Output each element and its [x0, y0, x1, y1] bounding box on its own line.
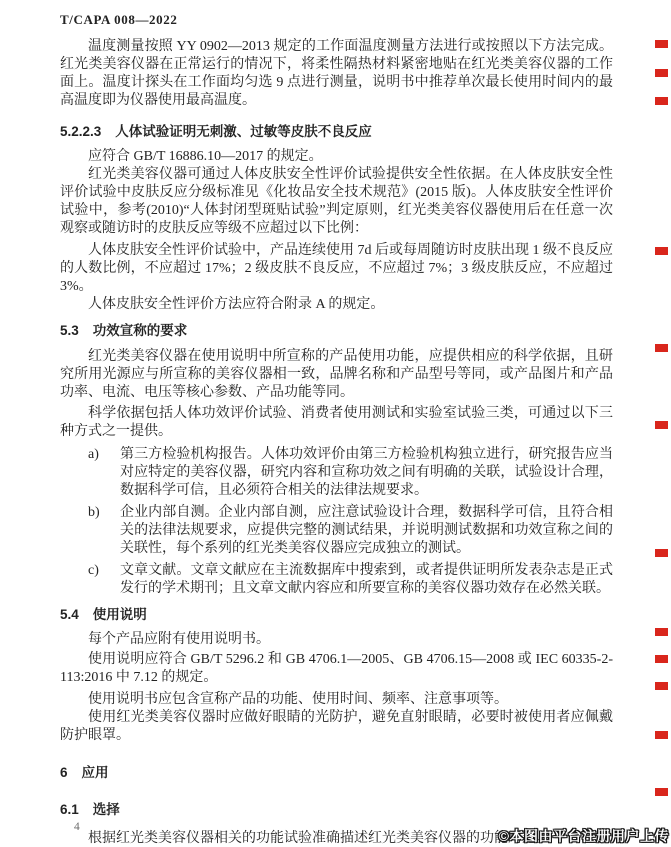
- paragraph-reaction-ratios: 人体皮肤安全性评价试验中，产品连续使用 7d 后或每周随访时皮肤出现 1 级不良…: [60, 242, 613, 296]
- page-number: 4: [74, 821, 80, 833]
- red-watermark-block: [655, 69, 668, 77]
- list-item-b: b)企业内部自测。企业内部自测，应注意试验设计合理，数据科学可信，且符合相关的法…: [60, 504, 613, 558]
- section-heading-53: 5.3功效宣称的要求: [60, 322, 613, 340]
- red-watermark-block: [655, 788, 668, 796]
- paragraph-eye-protection: 使用红光类美容仪器时应做好眼睛的光防护，避免直射眼睛，必要时被使用者应佩戴防护眼…: [60, 709, 613, 745]
- doc-number: T/CAPA 008—2022: [60, 12, 177, 28]
- list-marker: b): [88, 504, 100, 522]
- red-watermark-block: [655, 421, 668, 429]
- list-item-text: 文章文献。文章文献应在主流数据库中搜索到，或者提供证明所发表杂志是正式发行的学术…: [120, 563, 613, 596]
- paragraph-skin-safety-evaluation: 红光类美容仪器可通过人体皮肤安全性评价试验提供安全性依据。在人体皮肤安全性评价试…: [60, 166, 613, 238]
- section-title: 功效宣称的要求: [93, 323, 188, 338]
- paragraph-scientific-basis: 科学依据包括人体功效评价试验、消费者使用测试和实验室试验三类，可通过以下三种方式…: [60, 405, 613, 441]
- section-title: 选择: [93, 802, 120, 817]
- red-watermark-block: [655, 549, 668, 557]
- document-body: 温度测量按照 YY 0902—2013 规定的工作面温度测量方法进行或按照以下方…: [60, 38, 613, 847]
- section-heading-6: 6应用: [60, 764, 613, 782]
- paragraph-efficacy-claims: 红光类美容仪器在使用说明中所宣称的产品使用功能，应提供相应的科学依据，且研究所用…: [60, 348, 613, 402]
- paragraph-manual-contents: 使用说明书应包含宣称产品的功能、使用时间、频率、注意事项等。: [60, 691, 613, 709]
- section-number: 5.4: [60, 607, 79, 622]
- document-page: T/CAPA 008—2022 温度测量按照 YY 0902—2013 规定的工…: [0, 0, 671, 847]
- paragraph-manual-standards: 使用说明应符合 GB/T 5296.2 和 GB 4706.1—2005、GB …: [60, 651, 613, 687]
- red-watermark-block: [655, 97, 668, 105]
- section-number: 5.2.2.3: [60, 124, 101, 139]
- section-heading-5223: 5.2.2.3人体试验证明无刺激、过敏等皮肤不良反应: [60, 123, 613, 141]
- paragraph-appendix-a: 人体皮肤安全性评价方法应符合附录 A 的规定。: [60, 296, 613, 314]
- section-number: 6: [60, 765, 68, 780]
- section-title: 应用: [82, 765, 109, 780]
- red-watermark-block: [655, 731, 668, 739]
- section-title: 使用说明: [93, 607, 147, 622]
- list-item-a: a)第三方检验机构报告。人体功效评价由第三方检验机构独立进行，研究报告应当对应特…: [60, 446, 613, 500]
- list-marker: c): [88, 562, 99, 580]
- red-watermark-block: [655, 344, 668, 352]
- section-heading-54: 5.4使用说明: [60, 606, 613, 624]
- section-number: 5.3: [60, 323, 79, 338]
- list-item-text: 企业内部自测。企业内部自测，应注意试验设计合理，数据科学可信，且符合相关的法律法…: [120, 505, 613, 556]
- red-watermark-block: [655, 655, 668, 663]
- watermark-text: ©本图由平台注册用户上传: [499, 826, 669, 846]
- red-watermark-block: [655, 682, 668, 690]
- paragraph-gbt-16886: 应符合 GB/T 16886.10—2017 的规定。: [60, 148, 613, 166]
- list-item-text: 第三方检验机构报告。人体功效评价由第三方检验机构独立进行，研究报告应当对应特定的…: [120, 447, 613, 498]
- red-watermark-block: [655, 40, 668, 48]
- paragraph-manual-required: 每个产品应附有使用说明书。: [60, 631, 613, 649]
- red-watermark-block: [655, 247, 668, 255]
- red-watermark-block: [655, 628, 668, 636]
- paragraph-temperature-measurement: 温度测量按照 YY 0902—2013 规定的工作面温度测量方法进行或按照以下方…: [60, 38, 613, 110]
- list-item-c: c)文章文献。文章文献应在主流数据库中搜索到，或者提供证明所发表杂志是正式发行的…: [60, 562, 613, 598]
- list-marker: a): [88, 446, 99, 464]
- section-title: 人体试验证明无刺激、过敏等皮肤不良反应: [115, 124, 372, 139]
- section-heading-61: 6.1选择: [60, 801, 613, 819]
- section-number: 6.1: [60, 802, 79, 817]
